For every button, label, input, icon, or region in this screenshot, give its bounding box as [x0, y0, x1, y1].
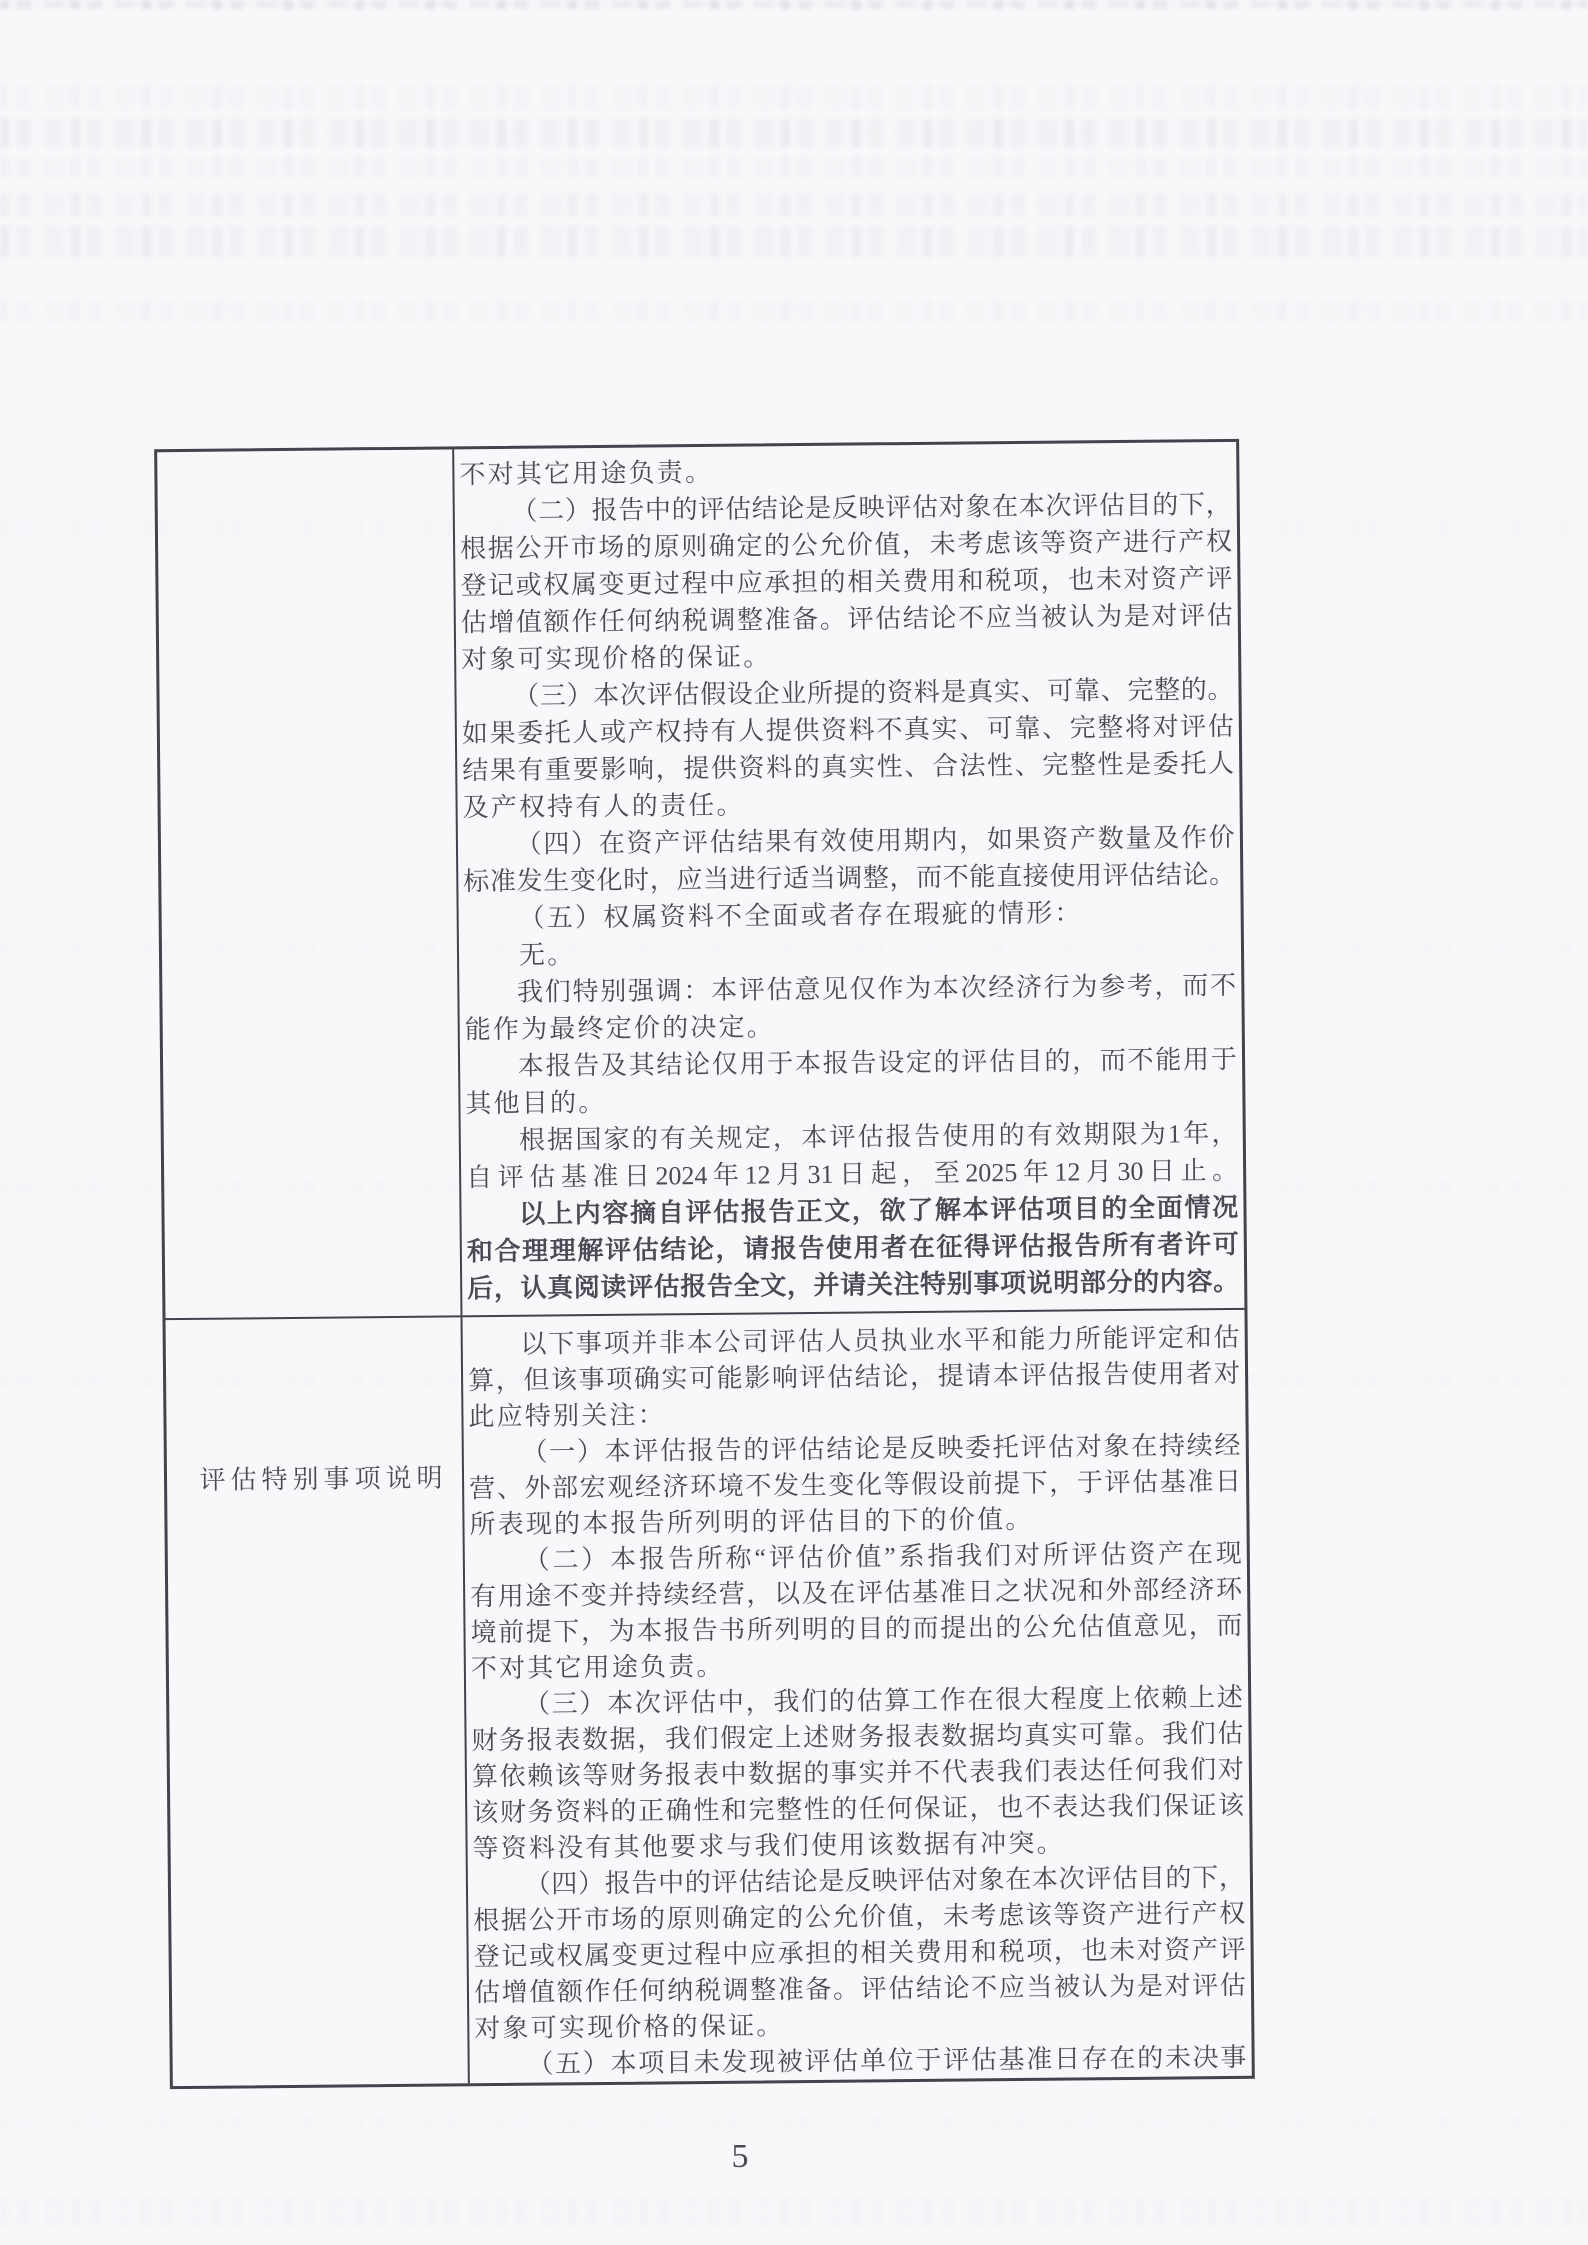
- row-text-cell: 以下事项并非本公司评估人员执业水平和能力所能评定和估算，但该事项确实可能影响评估…: [463, 1310, 1252, 2083]
- scan-artifact: [0, 193, 1588, 217]
- table-row: 评估特别事项说明 以下事项并非本公司评估人员执业水平和能力所能评定和估算，但该事…: [166, 1310, 1252, 2086]
- row-label-cell: 评估特别事项说明: [166, 1317, 470, 2086]
- scan-artifact: [0, 118, 1588, 148]
- text-line: 我们特别强调：本评估意见仅作为本次经济行为参考，而不: [464, 967, 1236, 1011]
- page-number: 5: [0, 2138, 1480, 2176]
- row-label: [297, 591, 315, 620]
- text-line: 标准发生变化时，应当进行适当调整，而不能直接使用评估结论。: [463, 856, 1235, 900]
- report-table: 不对其它用途负责。（二）报告中的评估结论是反映评估对象在本次评估目的下，根据公开…: [154, 439, 1255, 2089]
- scan-artifact: [0, 300, 1588, 322]
- scan-artifact: [0, 2114, 1588, 2128]
- row-text-cell: 不对其它用途负责。（二）报告中的评估结论是反映评估对象在本次评估目的下，根据公开…: [454, 442, 1244, 1315]
- text-line: 估增值额作任何纳税调整准备。评估结论不应当被认为是对评估: [461, 597, 1233, 641]
- scan-artifact: [0, 156, 1588, 178]
- scan-artifact: [0, 226, 1588, 258]
- text-line: 本报告及其结论仅用于本报告设定的评估目的，而不能用于: [465, 1041, 1237, 1085]
- row-label-cell: [157, 449, 462, 1318]
- text-line: 境前提下，为本报告书所列明的目的而提出的公允估值意见，而: [470, 1608, 1242, 1651]
- text-line: 结果有重要影响，提供资料的真实性、合法性、完整性是委托人: [462, 745, 1234, 789]
- text-line: 营、外部宏观经济环境不发生变化等假设前提下，于评估基准日: [469, 1464, 1241, 1507]
- text-line: 后，认真阅读评估报告全文，并请关注特别事项说明部分的内容。: [467, 1263, 1239, 1307]
- row-label: 评估特别事项说明: [181, 1463, 447, 1495]
- scan-artifact: [0, 0, 1588, 9]
- scan-artifact: [0, 84, 1588, 110]
- scan-artifact: [0, 2198, 1588, 2226]
- table-row: 不对其它用途负责。（二）报告中的评估结论是反映评估对象在本次评估目的下，根据公开…: [157, 442, 1244, 1320]
- text-line: （五）本项目未发现被评估单位于评估基准日存在的未决事: [475, 2040, 1247, 2083]
- text-line: 该财务资料的正确性和完整性的任何保证，也不表达我们保证该: [472, 1788, 1244, 1831]
- text-line: 算，但该事项确实可能影响评估结论，提请本评估报告使用者对: [468, 1356, 1240, 1399]
- text-line: 估增值额作任何纳税调整准备。评估结论不应当被认为是对评估: [474, 1968, 1246, 2011]
